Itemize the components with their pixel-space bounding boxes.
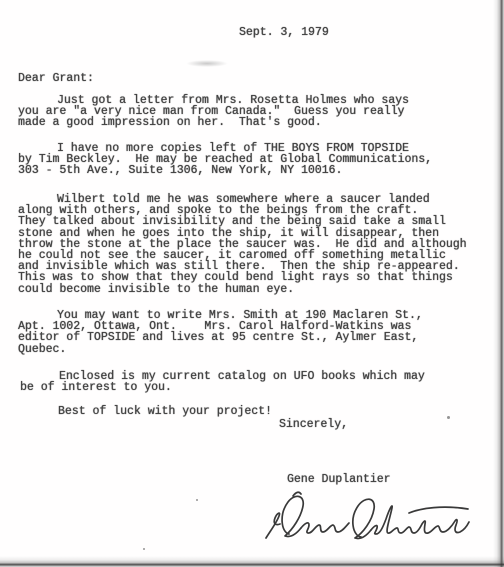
letter-valediction: Sincerely, (279, 419, 348, 430)
letter-paragraph-2: I have no more copies left of THE BOYS F… (18, 143, 432, 177)
letter-paragraph-3: Wilbert told me he was somewhere where a… (18, 194, 467, 295)
scan-speck (143, 548, 145, 550)
letter-salutation: Dear Grant: (18, 73, 94, 84)
signer-typed-name: Gene Duplantier (287, 474, 391, 485)
letter-paragraph-4: You may want to write Mrs. Smith at 190 … (18, 310, 423, 355)
scan-speck (447, 416, 450, 419)
letter-paragraph-5: Enclosed is my current catalog on UFO bo… (20, 371, 425, 393)
letter-paragraph-1: Just got a letter from Mrs. Rosetta Holm… (18, 95, 409, 129)
scan-smudge (186, 60, 228, 67)
page-edge-shadow-bottom (0, 556, 504, 567)
letter-closing-line: Best of luck with your project! (20, 406, 272, 417)
page-edge-shadow-right (493, 0, 504, 567)
scanned-letter-page: Sept. 3, 1979 Dear Grant: Just got a let… (0, 0, 504, 567)
scan-speck (196, 499, 198, 501)
letter-date: Sept. 3, 1979 (239, 27, 329, 38)
handwritten-signature (263, 486, 477, 546)
